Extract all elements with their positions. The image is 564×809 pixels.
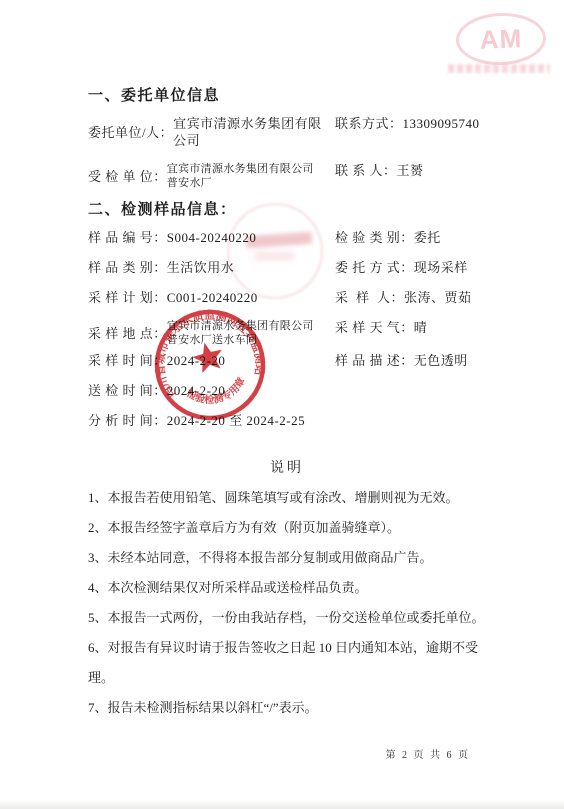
field-row-sample-no: 样 品 编 号：S004-20240220 检 验 类 别：委托 xyxy=(88,229,486,246)
field-label: 委 托 方 式： xyxy=(335,259,414,276)
field-row-sample-type: 样 品 类 别：生活饮用水 委 托 方 式：现场采样 xyxy=(88,259,486,276)
field-row-sampling-time: 采 样 时 间：2024-2-20 样 品 描 述：无色透明 xyxy=(88,352,486,369)
field-sampling-weather: 采 样 天 气：晴 xyxy=(335,319,486,336)
field-value: 委托 xyxy=(414,229,441,246)
note-item-7: 7、报告未检测指标结果以斜杠“/”表示。 xyxy=(88,693,486,723)
field-row-inspected-unit: 受 检 单 位： 宜宾市清源水务集团有限公司 普安水厂 联 系 人：王赟 xyxy=(88,162,486,190)
document-body: 一、委托单位信息 委托单位/人：宜宾市清源水务集团有限公司 联系方式：13309… xyxy=(88,84,486,723)
field-label: 受 检 单 位： xyxy=(88,168,167,185)
field-value-line1: 宜宾市清源水务集团有限公司 xyxy=(167,319,314,333)
field-sample-number: 样 品 编 号：S004-20240220 xyxy=(88,229,335,246)
field-label: 检 验 类 别： xyxy=(335,229,414,246)
field-value: 2024-2-20 xyxy=(167,382,226,399)
report-page: AM 一、委托单位信息 委托单位/人：宜宾市清源水务集团有限公司 联系方式：13… xyxy=(0,0,564,809)
note-item-3: 3、未经本站同意，不得将本报告部分复制或用做商品广告。 xyxy=(88,543,486,573)
field-value: 2024-2-20 至 2024-2-25 xyxy=(167,412,305,429)
field-row-sampling-plan: 采 样 计 划：C001-20240220 采 样 人：张涛、贾茹 xyxy=(88,289,486,306)
field-label: 采 样 天 气： xyxy=(335,319,414,336)
field-label: 分 析 时 间： xyxy=(88,412,167,429)
field-value: 晴 xyxy=(414,319,428,336)
field-label: 样 品 编 号： xyxy=(88,229,167,246)
field-value: 现场采样 xyxy=(414,259,468,276)
section2-title: 二、检测样品信息： xyxy=(88,198,486,219)
field-label: 样 品 类 别： xyxy=(88,259,167,276)
note-item-1: 1、本报告若使用铅笔、圆珠笔填写或有涂改、增删则视为无效。 xyxy=(88,483,486,513)
field-value-line1: 宜宾市清源水务集团有限公司 xyxy=(167,162,314,176)
field-contact-phone: 联系方式：13309095740 xyxy=(335,115,486,132)
field-sampling-location: 采 样 地 点： 宜宾市清源水务集团有限公司 普安水厂送水车间 xyxy=(88,319,335,347)
field-label: 采 样 计 划： xyxy=(88,289,167,306)
field-label: 采 样 人： xyxy=(335,289,404,306)
field-value-multiline: 宜宾市清源水务集团有限公司 普安水厂送水车间 xyxy=(167,319,314,347)
note-item-5: 5、本报告一式两份，一份由我站存档，一份交送检单位或委托单位。 xyxy=(88,603,486,633)
field-row-sampling-location: 采 样 地 点： 宜宾市清源水务集团有限公司 普安水厂送水车间 采 样 天 气：… xyxy=(88,319,486,347)
field-sampling-time: 采 样 时 间：2024-2-20 xyxy=(88,352,335,369)
field-value: 13309095740 xyxy=(403,115,480,132)
field-value: 宜宾市清源水务集团有限公司 xyxy=(173,115,335,149)
field-row-submission-time: 送 检 时 间：2024-2-20 xyxy=(88,382,486,399)
field-value: 2024-2-20 xyxy=(167,352,226,369)
note-item-2: 2、本报告经签字盖章后方为有效（附页加盖骑缝章）。 xyxy=(88,513,486,543)
field-value: 张涛、贾茹 xyxy=(404,289,472,306)
watermark-logo: AM xyxy=(479,23,522,55)
field-value-line2: 普安水厂送水车间 xyxy=(167,333,314,347)
notes-section: 说明 1、本报告若使用铅笔、圆珠笔填写或有涂改、增删则视为无效。 2、本报告经签… xyxy=(88,457,486,723)
field-label: 联系方式： xyxy=(335,115,403,132)
section1-title: 一、委托单位信息 xyxy=(88,84,486,105)
field-label: 采 样 时 间： xyxy=(88,352,167,369)
field-submission-time: 送 检 时 间：2024-2-20 xyxy=(88,382,335,399)
page-number: 第 2 页 共 6 页 xyxy=(386,746,471,761)
watermark-oval: AM xyxy=(455,11,547,66)
field-commission-method: 委 托 方 式：现场采样 xyxy=(335,259,486,276)
field-label: 送 检 时 间： xyxy=(88,382,167,399)
field-label: 采 样 地 点： xyxy=(88,325,167,342)
field-sample-description: 样 品 描 述：无色透明 xyxy=(335,352,486,369)
field-row-client: 委托单位/人：宜宾市清源水务集团有限公司 联系方式：13309095740 xyxy=(88,115,486,149)
field-label: 联 系 人： xyxy=(335,162,397,179)
field-label: 委托单位/人： xyxy=(88,124,173,141)
note-item-6: 6、对报告有异议时请于报告签收之日起 10 日内通知本站，逾期不受理。 xyxy=(88,633,486,693)
field-value: S004-20240220 xyxy=(167,229,257,246)
notes-title: 说明 xyxy=(88,457,486,477)
field-value: 王赟 xyxy=(397,162,424,179)
note-item-4: 4、本次检测结果仅对所采样品或送检样品负责。 xyxy=(88,573,486,603)
field-value-multiline: 宜宾市清源水务集团有限公司 普安水厂 xyxy=(167,162,314,190)
field-row-analysis-time: 分 析 时 间：2024-2-20 至 2024-2-25 xyxy=(88,412,486,429)
field-inspection-category: 检 验 类 别：委托 xyxy=(335,229,486,246)
field-contact-person: 联 系 人：王赟 xyxy=(335,162,486,179)
field-label: 样 品 描 述： xyxy=(335,352,414,369)
field-sampler: 采 样 人：张涛、贾茹 xyxy=(335,289,486,306)
field-client-unit: 委托单位/人：宜宾市清源水务集团有限公司 xyxy=(88,115,335,149)
watermark-subtext-blur xyxy=(448,64,550,73)
field-analysis-time: 分 析 时 间：2024-2-20 至 2024-2-25 xyxy=(88,412,335,429)
field-inspected-unit: 受 检 单 位： 宜宾市清源水务集团有限公司 普安水厂 xyxy=(88,162,335,190)
field-value-line2: 普安水厂 xyxy=(167,176,314,190)
field-value: 无色透明 xyxy=(414,352,468,369)
field-sampling-plan: 采 样 计 划：C001-20240220 xyxy=(88,289,335,306)
field-value: C001-20240220 xyxy=(167,289,258,306)
field-value: 生活饮用水 xyxy=(167,259,235,276)
field-sample-category: 样 品 类 别：生活饮用水 xyxy=(88,259,335,276)
